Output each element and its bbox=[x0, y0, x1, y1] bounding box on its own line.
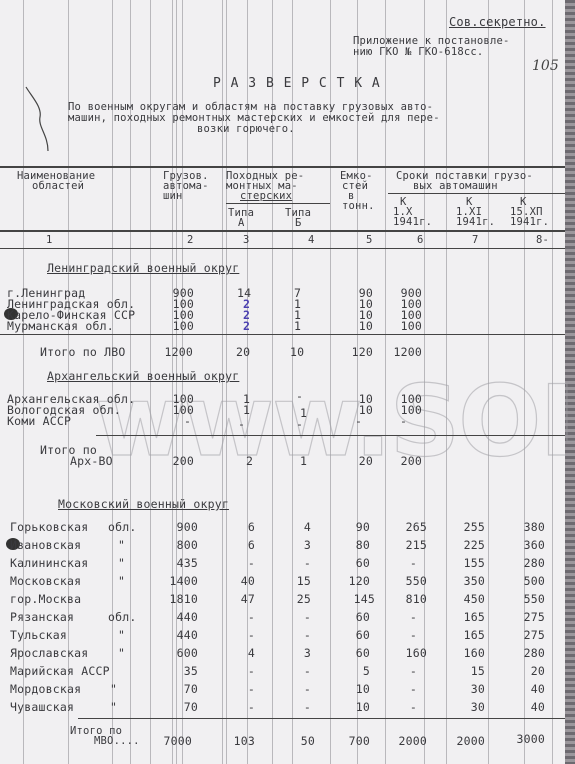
handwritten-page-number: 105 bbox=[532, 58, 559, 74]
region-name: Ярославская bbox=[10, 647, 88, 659]
cell-type-b: 25 bbox=[285, 593, 311, 605]
cell-trucks: 100 bbox=[160, 320, 194, 332]
header-col3: А bbox=[238, 218, 245, 229]
cell-type-a: 4 bbox=[222, 647, 255, 659]
cell-by-1-nov: 165 bbox=[440, 629, 485, 641]
cell-type-a: - bbox=[222, 557, 255, 569]
table-row: Московская " 1400 40 15 120 550 350 500 bbox=[0, 575, 565, 593]
column-number: 1 bbox=[46, 235, 53, 246]
cell-tonnage: 80 bbox=[330, 539, 370, 551]
region-name: Мурманская обл. bbox=[7, 320, 114, 332]
cell-type-a: - bbox=[222, 701, 255, 713]
header-bottom-rule bbox=[0, 230, 565, 232]
cell-by-1-oct: 100 bbox=[390, 320, 422, 332]
cell-by-15-dec: 275 bbox=[500, 629, 545, 641]
classification-stamp: Сов.секретно. bbox=[449, 16, 546, 28]
cell-trucks: 900 bbox=[160, 521, 198, 533]
region-name: Московская bbox=[10, 575, 81, 587]
cell-tonnage: 120 bbox=[330, 575, 370, 587]
total-label: Итого по ЛВО bbox=[40, 346, 125, 358]
cell-by-1-oct: 265 bbox=[385, 521, 427, 533]
region-name: Рязанская bbox=[10, 611, 74, 623]
cell-trucks: - bbox=[184, 415, 191, 427]
cell-tonnage: 10 bbox=[340, 320, 373, 332]
cell-by-1-oct: 160 bbox=[385, 647, 427, 659]
cell-tonnage: 60 bbox=[330, 647, 370, 659]
cell-by-15-dec: 280 bbox=[500, 647, 545, 659]
cell-type-a: - bbox=[222, 611, 255, 623]
cell-by-1-oct: - bbox=[385, 557, 417, 569]
region-name: Калининская bbox=[10, 557, 88, 569]
cell-tonnage: 700 bbox=[330, 735, 370, 747]
cell-type-a: - bbox=[222, 683, 255, 695]
cell-type-b: 1 bbox=[294, 320, 301, 332]
cell-by-15-dec: 3000 bbox=[500, 733, 545, 745]
cell-by-1-nov: 165 bbox=[440, 611, 485, 623]
column-number: 2 bbox=[187, 235, 194, 246]
cell-tonnage: 5 bbox=[330, 665, 370, 677]
scan-edge bbox=[565, 0, 575, 764]
cell-type-a: 103 bbox=[222, 735, 255, 747]
region-name: гор.Москва bbox=[10, 593, 81, 605]
cell-by-15-dec: 20 bbox=[500, 665, 545, 677]
table-row: Тульская " 440 - - 60 - 165 275 bbox=[0, 629, 565, 647]
cell-trucks: 440 bbox=[160, 629, 198, 641]
cell-by-1-oct: 550 bbox=[385, 575, 427, 587]
cell-by-15-dec: 40 bbox=[500, 701, 545, 713]
cell-type-b: - bbox=[285, 683, 311, 695]
scanned-document-page: www.SOLDAT.ru Сов.секретно. Приложение к… bbox=[0, 0, 575, 764]
cell-type-a: - bbox=[238, 418, 245, 430]
header-workshops-group: стерских bbox=[240, 191, 292, 202]
cell-type-a: - bbox=[222, 665, 255, 677]
cell-by-1-oct: 1200 bbox=[384, 346, 422, 358]
table-row: Мордовская " 70 - - 10 - 30 40 bbox=[0, 683, 565, 701]
total-row: Итого по МВО.... 7000 103 50 700 2000 20… bbox=[0, 726, 565, 756]
region-name: Ивановская bbox=[10, 539, 81, 551]
header-subrule bbox=[226, 203, 330, 204]
section-rule bbox=[96, 435, 565, 436]
cell-by-1-nov: 30 bbox=[440, 701, 485, 713]
cell-by-1-nov: 160 bbox=[440, 647, 485, 659]
table-row: Рязанская обл. 440 - - 60 - 165 275 bbox=[0, 611, 565, 629]
cell-by-1-oct: - bbox=[385, 665, 417, 677]
table-row: Ярославская " 600 4 3 60 160 160 280 bbox=[0, 647, 565, 665]
cell-type-a: 1 bbox=[243, 404, 250, 416]
cell-type-b: - bbox=[296, 418, 303, 430]
cell-by-15-dec: 280 bbox=[500, 557, 545, 569]
cell-trucks: 7000 bbox=[150, 735, 192, 747]
total-label: МВО.... bbox=[94, 736, 140, 747]
header-subrule bbox=[388, 193, 565, 194]
cell-tonnage: 10 bbox=[330, 701, 370, 713]
column-number-rule bbox=[0, 248, 565, 249]
cell-type-b: 4 bbox=[285, 521, 311, 533]
cell-type-a: 2 bbox=[246, 455, 253, 467]
table-row: Ивановская " 800 6 3 80 215 225 360 bbox=[0, 539, 565, 557]
cell-type-b: - bbox=[296, 390, 303, 402]
cell-trucks: 1810 bbox=[160, 593, 198, 605]
region-suffix: " bbox=[118, 539, 125, 551]
region-name: Мордовская bbox=[10, 683, 81, 695]
cell-by-15-dec: 275 bbox=[500, 611, 545, 623]
region-suffix: " bbox=[118, 557, 125, 569]
cell-tonnage: 90 bbox=[330, 521, 370, 533]
cell-tonnage: - bbox=[355, 415, 362, 427]
cell-trucks: 1200 bbox=[155, 346, 193, 358]
region-suffix: " bbox=[118, 629, 125, 641]
header-col5: стей bbox=[342, 181, 368, 192]
cell-trucks: 600 bbox=[160, 647, 198, 659]
region-suffix: обл. bbox=[108, 611, 137, 623]
table-row: Марийская АССР 35 - - 5 - 15 20 bbox=[0, 665, 565, 683]
cell-by-1-oct: 215 bbox=[385, 539, 427, 551]
document-title: Р А З В Е Р С Т К А bbox=[213, 78, 381, 90]
cell-type-b: 3 bbox=[285, 539, 311, 551]
cell-by-1-nov: 255 bbox=[440, 521, 485, 533]
total-label: Арх-ВО bbox=[70, 455, 113, 467]
cell-by-1-oct: 200 bbox=[390, 455, 422, 467]
region-suffix: " bbox=[110, 701, 117, 713]
section-rule bbox=[0, 334, 565, 335]
handwritten-mark-icon bbox=[22, 85, 52, 155]
cell-by-15-dec: 40 bbox=[500, 683, 545, 695]
cell-type-b: 1 bbox=[300, 455, 307, 467]
cell-by-1-oct: - bbox=[385, 683, 417, 695]
cell-by-1-nov: 15 bbox=[440, 665, 485, 677]
cell-by-1-nov: 450 bbox=[440, 593, 485, 605]
cell-type-b: - bbox=[285, 665, 311, 677]
cell-type-a: 20 bbox=[236, 346, 250, 358]
cell-trucks: 435 bbox=[160, 557, 198, 569]
cell-by-1-oct: 810 bbox=[385, 593, 427, 605]
cell-tonnage: 60 bbox=[330, 557, 370, 569]
region-suffix: обл. bbox=[108, 521, 137, 533]
region-name: Чувашская bbox=[10, 701, 74, 713]
column-number: 4 bbox=[308, 235, 315, 246]
header-col7: 1941г. bbox=[456, 217, 495, 228]
cell-by-1-oct: - bbox=[385, 629, 417, 641]
section-title: Ленинградский военный округ bbox=[47, 262, 239, 274]
cell-type-a: 6 bbox=[222, 539, 255, 551]
subtitle-line3: возки горючего. bbox=[197, 124, 295, 135]
region-suffix: " bbox=[118, 647, 125, 659]
region-name: Марийская АССР bbox=[10, 665, 110, 677]
cell-type-b: 3 bbox=[285, 647, 311, 659]
cell-trucks: 70 bbox=[160, 701, 198, 713]
section-rule bbox=[78, 718, 565, 719]
header-col2: шин bbox=[163, 191, 183, 202]
cell-trucks: 1400 bbox=[160, 575, 198, 587]
cell-tonnage: 60 bbox=[330, 611, 370, 623]
cell-by-15-dec: 500 bbox=[500, 575, 545, 587]
cell-by-1-nov: 350 bbox=[440, 575, 485, 587]
cell-by-1-nov: 30 bbox=[440, 683, 485, 695]
column-number: 3 bbox=[243, 235, 250, 246]
column-number: 5 bbox=[366, 235, 373, 246]
region-name: Горьковская bbox=[10, 521, 88, 533]
cell-type-b: 10 bbox=[290, 346, 304, 358]
cell-type-a: 2 bbox=[243, 320, 250, 332]
cell-tonnage: 60 bbox=[330, 629, 370, 641]
cell-by-15-dec: 380 bbox=[500, 521, 545, 533]
header-col4: Б bbox=[295, 218, 302, 229]
cell-tonnage: 10 bbox=[330, 683, 370, 695]
header-col8: 1941г. bbox=[510, 217, 549, 228]
header-col6: 1941г. bbox=[393, 217, 432, 228]
region-suffix: " bbox=[118, 575, 125, 587]
cell-by-1-oct: - bbox=[400, 415, 407, 427]
cell-by-1-oct: 2000 bbox=[385, 735, 427, 747]
cell-by-15-dec: 360 bbox=[500, 539, 545, 551]
column-number: 6 bbox=[417, 235, 424, 246]
attachment-note-line2: нию ГКО № ГКО-618сс. bbox=[353, 47, 483, 58]
header-col5: тонн. bbox=[342, 201, 375, 212]
section-title: Архангельский военный округ bbox=[47, 370, 239, 382]
header-col1: областей bbox=[32, 181, 84, 192]
cell-trucks: 440 bbox=[160, 611, 198, 623]
cell-by-1-nov: 2000 bbox=[440, 735, 485, 747]
cell-type-a: 40 bbox=[222, 575, 255, 587]
cell-by-1-nov: 225 bbox=[440, 539, 485, 551]
table-row: гор.Москва 1810 47 25 145 810 450 550 bbox=[0, 593, 565, 611]
cell-type-a: 47 bbox=[222, 593, 255, 605]
cell-tonnage: 145 bbox=[330, 593, 375, 605]
cell-trucks: 200 bbox=[160, 455, 194, 467]
cell-type-b: - bbox=[285, 557, 311, 569]
cell-type-b: 15 bbox=[285, 575, 311, 587]
cell-type-a: 6 bbox=[222, 521, 255, 533]
column-number: 8- bbox=[536, 235, 549, 246]
region-name: Тульская bbox=[10, 629, 67, 641]
column-number: 7 bbox=[472, 235, 479, 246]
cell-type-b: - bbox=[285, 611, 311, 623]
cell-tonnage: 120 bbox=[340, 346, 373, 358]
cell-by-15-dec: 550 bbox=[500, 593, 545, 605]
table-row: Чувашская " 70 - - 10 - 30 40 bbox=[0, 701, 565, 719]
header-dates-group: вых автомашин bbox=[413, 181, 498, 192]
region-suffix: " bbox=[110, 683, 117, 695]
cell-type-b: 50 bbox=[285, 735, 315, 747]
table-top-rule bbox=[0, 166, 565, 168]
cell-by-1-oct: - bbox=[385, 701, 417, 713]
cell-by-1-oct: - bbox=[385, 611, 417, 623]
cell-by-1-nov: 155 bbox=[440, 557, 485, 569]
table-row: Калининская " 435 - - 60 - 155 280 bbox=[0, 557, 565, 575]
cell-type-b: - bbox=[285, 701, 311, 713]
cell-type-a: - bbox=[222, 629, 255, 641]
section-title: Московский военный округ bbox=[58, 498, 229, 510]
cell-tonnage: 20 bbox=[340, 455, 373, 467]
table-row: Горьковская обл. 900 6 4 90 265 255 380 bbox=[0, 521, 565, 539]
region-name: Коми АССР bbox=[7, 415, 71, 427]
cell-trucks: 800 bbox=[160, 539, 198, 551]
cell-trucks: 70 bbox=[160, 683, 198, 695]
cell-type-b: - bbox=[285, 629, 311, 641]
cell-trucks: 35 bbox=[160, 665, 198, 677]
